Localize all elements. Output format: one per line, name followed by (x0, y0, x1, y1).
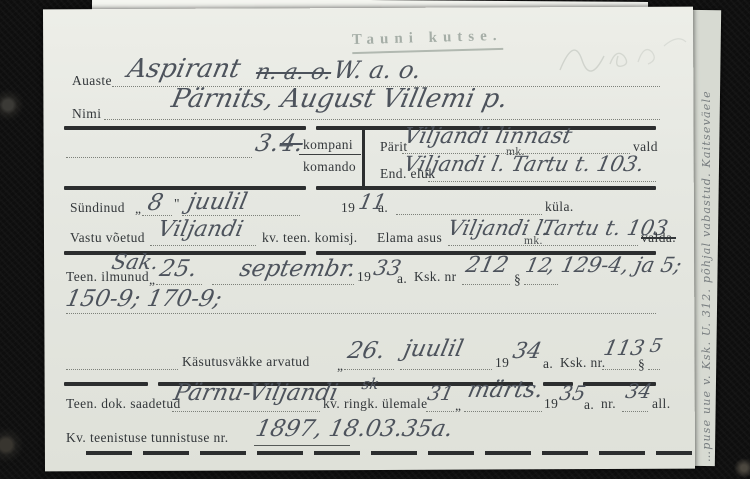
a-abbrev: a. (543, 357, 553, 371)
valda-label-struck: valda. (641, 231, 676, 245)
a-abbrev: a. (378, 201, 388, 215)
teen-dok-day-handwriting: 31 (426, 383, 456, 403)
dotted-rule (66, 369, 178, 370)
ksk-extra-handwriting: , 129-4, ja 5; (546, 255, 684, 276)
dotted-rule (464, 411, 542, 412)
dotted-rule (462, 284, 510, 285)
heavy-rule (64, 382, 148, 386)
century-printed: 19 (544, 397, 558, 411)
auaste-handwriting-rank: Aspirant (125, 56, 243, 82)
kasutusvakke-year-handwriting: 34 (511, 341, 544, 363)
teen-ilmunud-day-handwriting: 25. (158, 258, 199, 281)
edge-note-handwriting: …puse uue v. Ksk. U. 312. põhjal vabastu… (700, 90, 713, 462)
kompani-number-struck: 4. (277, 131, 305, 155)
ksk-nr-label: Ksk. nr (414, 270, 457, 284)
auaste-handwriting-struck: n. a. o. (254, 62, 334, 84)
dotted-rule (212, 284, 354, 285)
ksk-number-handwriting: 212 (464, 255, 511, 277)
fraction-rule (299, 154, 361, 155)
dotted-rule (66, 313, 656, 314)
auaste-label: Auaste (72, 74, 112, 88)
sundinud-label: Sündinud (70, 201, 125, 215)
dashed-rule (86, 451, 692, 455)
dotted-rule (66, 157, 252, 158)
heavy-rule (316, 186, 656, 190)
komando-label: komando (303, 160, 356, 174)
dotted-rule (428, 181, 656, 182)
kv-teen-komisj-label: kv. teen. komisj. (262, 231, 358, 245)
century-printed: 19 (357, 270, 371, 284)
solid-rule (254, 445, 350, 446)
dotted-rule (400, 369, 492, 370)
open-quote: „ (149, 273, 155, 287)
dotted-rule (156, 284, 202, 285)
dotted-rule (396, 214, 542, 215)
close-quote: " (174, 197, 180, 211)
pencil-scribble (552, 26, 692, 81)
elama-asus-label: Elama asus (377, 231, 442, 245)
end-eluk-handwriting: Viljandi l. Tartu t. 103. (402, 154, 646, 175)
dotted-rule (448, 245, 638, 246)
dotted-rule (104, 119, 660, 120)
teen-ilmunud-label: Teen. ilmunud (66, 270, 149, 284)
kasutusvakke-month-handwriting: juulil (402, 338, 466, 361)
vastu-voetud-label: Vastu võetud (70, 231, 145, 245)
heavy-rule (64, 251, 306, 255)
dotted-rule (150, 245, 256, 246)
paragraph-sign: § (638, 358, 645, 372)
kompani-label: kompani (303, 138, 353, 152)
dotted-rule (602, 369, 636, 370)
dotted-rule (426, 411, 454, 412)
century-printed: 19 (341, 201, 355, 215)
teen-dok-label: Teen. dok. saadetud (66, 397, 181, 411)
kasutusvakke-label: Käsutusväkke arvatud (182, 355, 310, 369)
kasutusvakke-paragraph-number-handwriting: 5 (648, 337, 664, 356)
open-quote: „ (337, 359, 343, 373)
insertion-mark-handwriting: sk (360, 377, 380, 392)
teen-dok-place-handwriting: Pärnu-Viljandi (172, 382, 340, 405)
dotted-rule (648, 369, 660, 370)
open-quote: „ (455, 399, 461, 413)
kv-tunnistus-handwriting: 1897, 18.03.35a. (254, 418, 455, 441)
ringk-ulemale-label: kv. ringk. ülemale (323, 397, 428, 411)
sundinud-month-handwriting: juulil (186, 191, 250, 214)
stamp-tauni-kutse: Tauni kutse. (352, 28, 503, 54)
vastu-place-handwriting: Viljandi (156, 219, 245, 241)
a-abbrev: a. (397, 272, 407, 286)
heavy-rule (64, 186, 306, 190)
teen-dok-nr-handwriting: 34 (624, 381, 654, 401)
kasutusvakke-day-handwriting: 26. (346, 340, 387, 363)
ksk-nr-label: Ksk. nr. (560, 356, 606, 370)
kula-label: küla. (545, 200, 574, 214)
paragraph-sign: § (514, 273, 521, 287)
dotted-rule (344, 369, 394, 370)
nimi-label: Nimi (72, 107, 101, 121)
dotted-rule (172, 411, 320, 412)
sundinud-day-handwriting: 8 (146, 192, 166, 215)
nr-label: nr. (601, 397, 616, 411)
auaste-handwriting-unit: W. a. o. (331, 58, 423, 82)
dotted-rule (182, 215, 300, 216)
all-label: all. (652, 397, 670, 411)
teen-dok-month-handwriting: märts. (466, 379, 546, 402)
ksk-continuation-handwriting: 150-9; 170-9; (64, 288, 224, 311)
century-printed: 19 (495, 356, 509, 370)
kasutusvakke-ksk-number-handwriting: 113 (602, 338, 647, 359)
a-abbrev: a. (584, 398, 594, 412)
parit-handwriting: Viljandi linnast (402, 126, 574, 148)
teen-ilmunud-month-handwriting: septembr. (238, 258, 358, 281)
vertical-rule (362, 126, 365, 189)
nimi-handwriting: Pärnits, August Villemi p. (169, 86, 510, 112)
card-content: Tauni kutse. Auaste Aspirant n. a. o. W.… (0, 0, 750, 479)
dotted-rule (622, 411, 648, 412)
dotted-rule (524, 284, 558, 285)
kv-tunnistus-label: Kv. teenistuse tunnistuse nr. (66, 431, 229, 445)
open-quote: „ (135, 202, 141, 216)
